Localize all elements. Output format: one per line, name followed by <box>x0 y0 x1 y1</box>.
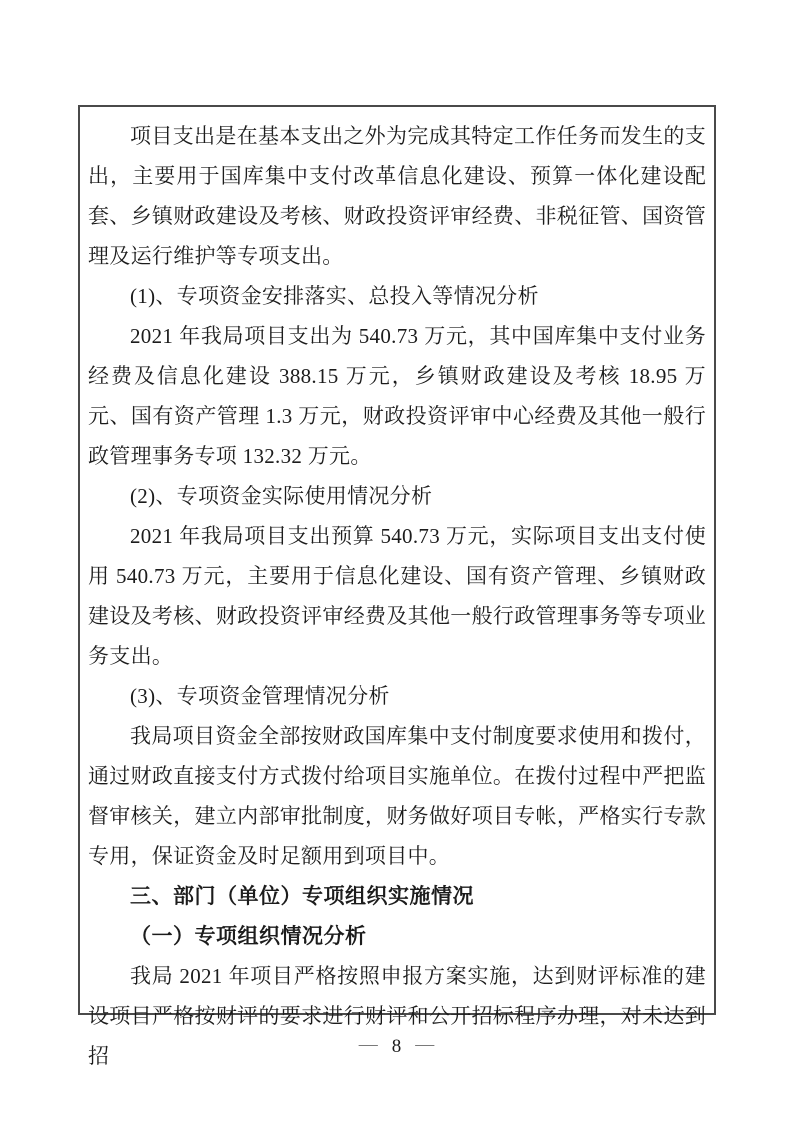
paragraph-funds-management-detail: 我局项目资金全部按财政国库集中支付制度要求使用和拨付，通过财政直接支付方式拨付给… <box>88 716 706 876</box>
heading-section-3-department-implementation: 三、部门（单位）专项组织实施情况 <box>88 876 706 916</box>
subheading-2-actual-usage-analysis: (2)、专项资金实际使用情况分析 <box>88 476 706 516</box>
paragraph-project-expenditure-intro: 项目支出是在基本支出之外为完成其特定工作任务而发生的支出，主要用于国库集中支付改… <box>88 116 706 276</box>
content-border-box: 项目支出是在基本支出之外为完成其特定工作任务而发生的支出，主要用于国库集中支付改… <box>78 105 716 1015</box>
footer-left-dash: — <box>359 1032 378 1058</box>
subheading-1-funds-arrangement-analysis: (1)、专项资金安排落实、总投入等情况分析 <box>88 276 706 316</box>
document-page: 项目支出是在基本支出之外为完成其特定工作任务而发生的支出，主要用于国库集中支付改… <box>0 0 793 1122</box>
page-number: 8 <box>392 1036 402 1057</box>
paragraph-2021-expenditure-breakdown: 2021 年我局项目支出为 540.73 万元，其中国库集中支付业务经费及信息化… <box>88 316 706 476</box>
subheading-3-funds-management-analysis: (3)、专项资金管理情况分析 <box>88 676 706 716</box>
heading-sub-1-organization-analysis: （一）专项组织情况分析 <box>88 916 706 956</box>
footer-right-dash: — <box>415 1032 434 1058</box>
paragraph-2021-budget-vs-actual: 2021 年我局项目支出预算 540.73 万元，实际项目支出支付使用 540.… <box>88 516 706 676</box>
page-footer: —8— <box>0 1034 793 1060</box>
